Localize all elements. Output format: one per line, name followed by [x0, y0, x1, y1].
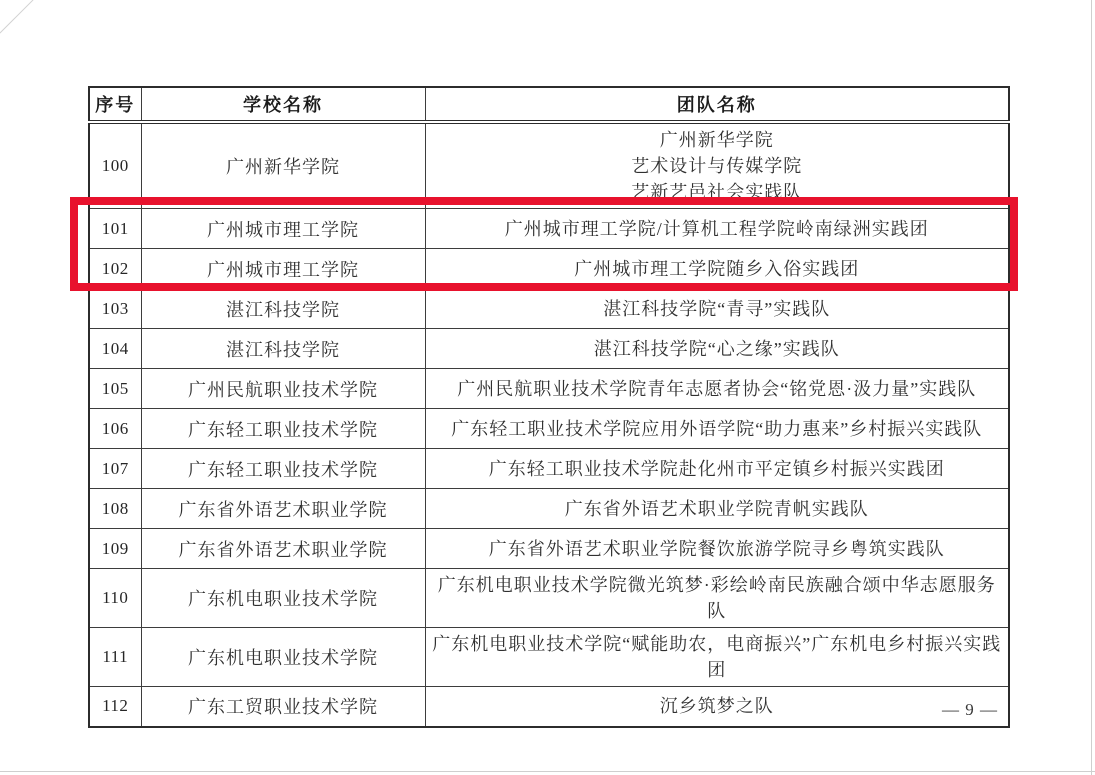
page-number: — 9 — [925, 700, 1015, 720]
row-number-cell: 108 [89, 489, 141, 529]
school-name-cell: 广东轻工职业技术学院 [141, 449, 425, 489]
school-name-cell: 广东轻工职业技术学院 [141, 409, 425, 449]
school-name-cell: 广东机电职业技术学院 [141, 569, 425, 628]
header-team-name: 团队名称 [425, 87, 1009, 122]
table-row: 107 广东轻工职业技术学院 广东轻工职业技术学院赴化州市平定镇乡村振兴实践团 [89, 449, 1009, 489]
table-row: 100 广州新华学院 广州新华学院 艺术设计与传媒学院 艺新艺邑社会实践队 [89, 122, 1009, 209]
row-number-cell: 106 [89, 409, 141, 449]
team-name-cell: 沉乡筑梦之队 [425, 687, 1009, 727]
row-number-cell: 107 [89, 449, 141, 489]
row-number-cell: 100 [89, 122, 141, 209]
table-row: 106 广东轻工职业技术学院 广东轻工职业技术学院应用外语学院“助力惠来”乡村振… [89, 409, 1009, 449]
row-number-cell: 101 [89, 209, 141, 249]
school-name-cell: 广州新华学院 [141, 122, 425, 209]
table-row: 110 广东机电职业技术学院 广东机电职业技术学院微光筑梦·彩绘岭南民族融合颂中… [89, 569, 1009, 628]
school-name-cell: 广东省外语艺术职业学院 [141, 529, 425, 569]
school-name-cell: 广东机电职业技术学院 [141, 628, 425, 687]
table-row: 101 广州城市理工学院 广州城市理工学院/计算机工程学院岭南绿洲实践团 [89, 209, 1009, 249]
row-number-cell: 104 [89, 329, 141, 369]
row-number-cell: 102 [89, 249, 141, 289]
team-name-cell: 广东轻工职业技术学院应用外语学院“助力惠来”乡村振兴实践队 [425, 409, 1009, 449]
row-number-cell: 109 [89, 529, 141, 569]
school-name-cell: 广州城市理工学院 [141, 249, 425, 289]
header-serial-number: 序号 [89, 87, 141, 122]
school-name-cell: 广东省外语艺术职业学院 [141, 489, 425, 529]
school-name-cell: 广州城市理工学院 [141, 209, 425, 249]
row-number-cell: 112 [89, 687, 141, 727]
document-page: 序号 学校名称 团队名称 100 广州新华学院 广州新华学院 艺术设计与传媒学院… [0, 0, 1095, 775]
school-name-cell: 湛江科技学院 [141, 289, 425, 329]
team-name-cell: 广东省外语艺术职业学院青帆实践队 [425, 489, 1009, 529]
row-number-cell: 111 [89, 628, 141, 687]
team-name-cell: 广东机电职业技术学院“赋能助农，电商振兴”广东机电乡村振兴实践团 [425, 628, 1009, 687]
school-name-cell: 湛江科技学院 [141, 329, 425, 369]
team-name-cell: 湛江科技学院“心之缘”实践队 [425, 329, 1009, 369]
table-row: 112 广东工贸职业技术学院 沉乡筑梦之队 [89, 687, 1009, 727]
page-edge-right [1091, 0, 1092, 775]
table-row: 108 广东省外语艺术职业学院 广东省外语艺术职业学院青帆实践队 [89, 489, 1009, 529]
school-name-cell: 广东工贸职业技术学院 [141, 687, 425, 727]
table-row: 102 广州城市理工学院 广州城市理工学院随乡入俗实践团 [89, 249, 1009, 289]
table-row: 109 广东省外语艺术职业学院 广东省外语艺术职业学院餐饮旅游学院寻乡粤筑实践队 [89, 529, 1009, 569]
page-edge-bottom [0, 771, 1095, 772]
team-name-cell: 广东轻工职业技术学院赴化州市平定镇乡村振兴实践团 [425, 449, 1009, 489]
team-name-cell: 广州新华学院 艺术设计与传媒学院 艺新艺邑社会实践队 [425, 122, 1009, 209]
school-name-cell: 广州民航职业技术学院 [141, 369, 425, 409]
table-row: 104 湛江科技学院 湛江科技学院“心之缘”实践队 [89, 329, 1009, 369]
row-number-cell: 105 [89, 369, 141, 409]
table-row: 103 湛江科技学院 湛江科技学院“青寻”实践队 [89, 289, 1009, 329]
row-number-cell: 110 [89, 569, 141, 628]
table-row: 105 广州民航职业技术学院 广州民航职业技术学院青年志愿者协会“铭党恩·汲力量… [89, 369, 1009, 409]
page-corner-mark [0, 0, 33, 33]
table-body: 100 广州新华学院 广州新华学院 艺术设计与传媒学院 艺新艺邑社会实践队 10… [89, 122, 1009, 727]
row-number-cell: 103 [89, 289, 141, 329]
team-name-cell: 广州城市理工学院随乡入俗实践团 [425, 249, 1009, 289]
table-row: 111 广东机电职业技术学院 广东机电职业技术学院“赋能助农，电商振兴”广东机电… [89, 628, 1009, 687]
table-header-row: 序号 学校名称 团队名称 [89, 87, 1009, 122]
team-name-cell: 广东机电职业技术学院微光筑梦·彩绘岭南民族融合颂中华志愿服务队 [425, 569, 1009, 628]
teams-table: 序号 学校名称 团队名称 100 广州新华学院 广州新华学院 艺术设计与传媒学院… [88, 86, 1010, 728]
team-name-cell: 广州城市理工学院/计算机工程学院岭南绿洲实践团 [425, 209, 1009, 249]
team-name-cell: 广东省外语艺术职业学院餐饮旅游学院寻乡粤筑实践队 [425, 529, 1009, 569]
header-school-name: 学校名称 [141, 87, 425, 122]
team-name-cell: 湛江科技学院“青寻”实践队 [425, 289, 1009, 329]
team-name-cell: 广州民航职业技术学院青年志愿者协会“铭党恩·汲力量”实践队 [425, 369, 1009, 409]
